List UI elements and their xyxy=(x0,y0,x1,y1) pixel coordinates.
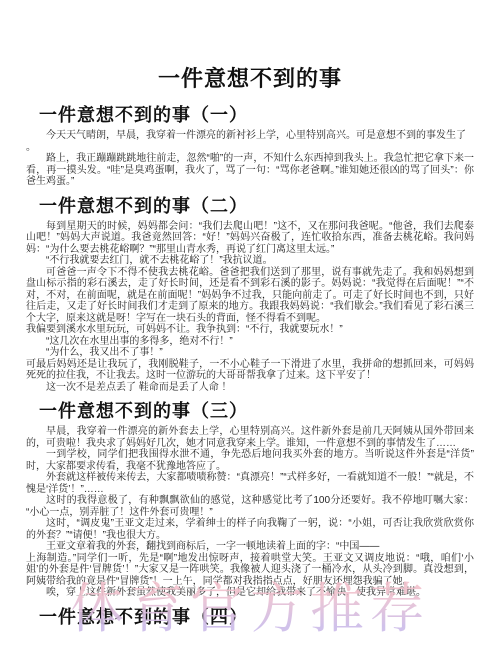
document-title: 一件意想不到的事 xyxy=(0,0,500,93)
section-heading-2: 一件意想不到的事（二） xyxy=(39,192,474,218)
essay-paragraph: 这时，“调皮鬼”王亚文走过来，学着绅士的样子向我鞠了一躬，说：“小姐，可否让我欣… xyxy=(26,518,474,541)
essay-paragraph: 一到学校，同学们把我围得水泄不通，争先恐后地问我买外套的地方。当听说这件外套是“… xyxy=(26,449,474,472)
essay-paragraph: “这几次在水里出事的多得多，绝对不行！” xyxy=(26,336,474,348)
document-page: 一件意想不到的事 一件意想不到的事（一） 今天天气晴朗，早晨，我穿着一件漂亮的新… xyxy=(0,0,500,647)
essay-paragraph: 路上，我正蹦蹦跳跳地往前走，忽然“啪”的一声，不知什么东西掉到我头上。我急忙把它… xyxy=(26,153,474,188)
essay-paragraph: 每到星期天的时候，妈妈都会问：“我们去爬山吧！”这不，又在那问我爸呢。“他爸，我… xyxy=(26,221,474,256)
essay-paragraph: 王亚文章着我的外套，翻找到商标后，一字一顿地读着上面的字：“中国—— 上海制造。… xyxy=(26,541,474,587)
essay-paragraph: 唉，穿上这件新外套虽然使我美丽多了，但是它却给我带来了不愉快，使我异常难堪。 xyxy=(26,587,474,599)
essay-paragraph: 我偏要到溪水水里玩玩，可妈妈不让。我争执到：“不行，我就要玩水！” xyxy=(26,324,474,336)
essay-paragraph: “不行我就要去红门，就不去桃花峪了！”我抗议道。 xyxy=(26,255,474,267)
essay-paragraph: 早晨，我穿着一件漂亮的新外套去上学，心里特别高兴。这件新外套是前几天阿姨从国外带… xyxy=(26,426,474,449)
section-heading-1: 一件意想不到的事（一） xyxy=(39,101,474,127)
section-heading-3: 一件意想不到的事（三） xyxy=(39,397,474,423)
essay-paragraph: 今天天气晴朗，早晨，我穿着一件漂亮的新衬衫上学，心里特别高兴。可是意想不到的事发… xyxy=(26,130,474,153)
essay-paragraph: “为什么，我又出不了事！” xyxy=(26,347,474,359)
section-heading-4: 一件意想不到的事（四） xyxy=(39,603,474,629)
document-body: 一件意想不到的事（一） 今天天气晴朗，早晨，我穿着一件漂亮的新衬衫上学，心里特别… xyxy=(0,93,500,629)
essay-paragraph: 可最后妈妈还是让我玩了，我刚脱鞋子，一不小心鞋子一下滑进了水里，我拼命的想抓回来… xyxy=(26,359,474,382)
essay-paragraph: 这一次不是差点丢了 鞋命而是丢了人命 ！ xyxy=(26,382,474,394)
essay-paragraph: 这时的我得意极了，有种飘飘欲仙的感觉，这种感觉比考了100分还要好。我不停地叮嘱… xyxy=(26,495,474,518)
essay-paragraph: 可爸爸一声令下不得不使我去桃花峪。爸爸把我们送到了那里，说有事就先走了。我和妈妈… xyxy=(26,267,474,325)
essay-paragraph: 外套就这样被传来传去，大家都啧啧称赞：“真漂亮！”“式样多好，一看就知道不一般！… xyxy=(26,472,474,495)
